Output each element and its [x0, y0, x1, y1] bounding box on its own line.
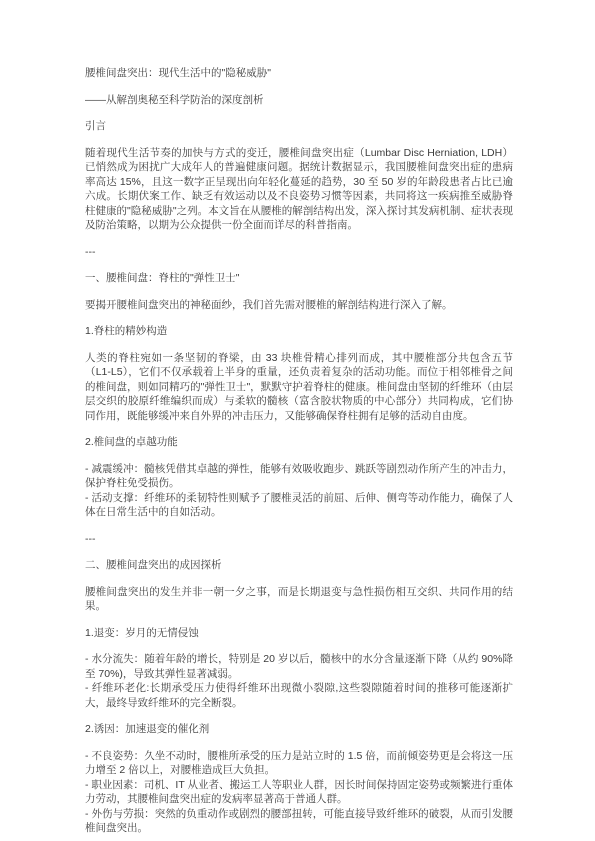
- section2-sub1-heading: 1.退变：岁月的无情侵蚀: [85, 626, 513, 641]
- intro-paragraph: 随着现代生活节奏的加快与方式的变迁，腰椎间盘突出症（Lumbar Disc He…: [85, 146, 513, 233]
- divider: ---: [85, 532, 513, 547]
- section1-lead: 要揭开腰椎间盘突出的神秘面纱，我们首先需对腰椎的解剖结构进行深入了解。: [85, 298, 513, 313]
- section2-heading: 二、腰椎间盘突出的成因探析: [85, 558, 513, 573]
- section2-sub2-heading: 2.诱因：加速退变的催化剂: [85, 722, 513, 737]
- intro-heading: 引言: [85, 119, 513, 134]
- bullet-item: - 减震缓冲：髓核凭借其卓越的弹性，能够有效吸收跑步、跳跃等剧烈动作所产生的冲击…: [85, 462, 513, 491]
- section1-heading: 一、腰椎间盘：脊柱的"弹性卫士": [85, 271, 513, 286]
- section2-sub1-bullets: - 水分流失：随着年龄的增长，特别是 20 岁以后，髓核中的水分含量逐渐下降（从…: [85, 652, 513, 710]
- section2-lead: 腰椎间盘突出的发生并非一朝一夕之事，而是长期退变与急性损伤相互交织、共同作用的结…: [85, 585, 513, 614]
- document-page: 腰椎间盘突出：现代生活中的"隐秘威胁" ——从解剖奥秘至科学防治的深度剖析 引言…: [0, 0, 595, 841]
- section1-sub2-heading: 2.椎间盘的卓越功能: [85, 435, 513, 450]
- doc-subtitle: ——从解剖奥秘至科学防治的深度剖析: [85, 93, 513, 108]
- section1-sub1-heading: 1.脊柱的精妙构造: [85, 324, 513, 339]
- section2-sub2-bullets: - 不良姿势：久坐不动时，腰椎所承受的压力是站立时的 1.5 倍，而前倾姿势更是…: [85, 749, 513, 836]
- bullet-item: - 外伤与劳损：突然的负重动作或剧烈的腰部扭转，可能直接导致纤维环的破裂，从而引…: [85, 807, 513, 836]
- bullet-item: - 不良姿势：久坐不动时，腰椎所承受的压力是站立时的 1.5 倍，而前倾姿势更是…: [85, 749, 513, 778]
- bullet-item: - 活动支撑：纤维环的柔韧特性则赋予了腰椎灵活的前屈、后伸、侧弯等动作能力，确保…: [85, 491, 513, 520]
- section1-sub1-paragraph: 人类的脊柱宛如一条坚韧的脊梁，由 33 块椎骨精心排列而成，其中腰椎部分共包含五…: [85, 351, 513, 424]
- bullet-item: - 职业因素：司机、IT 从业者、搬运工人等职业人群，因长时间保持固定姿势或频繁…: [85, 778, 513, 807]
- divider: ---: [85, 245, 513, 260]
- bullet-item: - 水分流失：随着年龄的增长，特别是 20 岁以后，髓核中的水分含量逐渐下降（从…: [85, 652, 513, 681]
- bullet-item: - 纤维环老化:长期承受压力使得纤维环出现微小裂隙,这些裂隙随着时间的推移可能逐…: [85, 681, 513, 710]
- section1-sub2-bullets: - 减震缓冲：髓核凭借其卓越的弹性，能够有效吸收跑步、跳跃等剧烈动作所产生的冲击…: [85, 462, 513, 520]
- doc-title: 腰椎间盘突出：现代生活中的"隐秘威胁": [85, 66, 513, 81]
